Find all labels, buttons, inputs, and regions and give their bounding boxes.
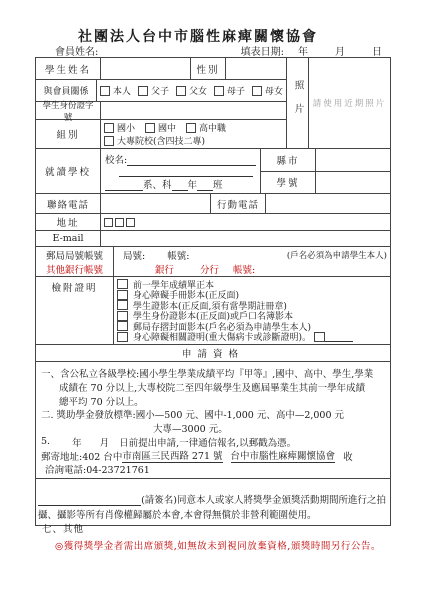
member-name-label: 會員姓名: (55, 43, 98, 58)
deadline-rest: 日前提出申請,一律通信報名,以郵戳為憑。 (119, 435, 296, 449)
zipcode-box[interactable] (126, 218, 135, 227)
postal-bureau-label: 局號: (123, 248, 145, 262)
group-option-label: 大專院校(含四技二專) (117, 134, 205, 147)
email-row: E-mail (36, 231, 390, 247)
attachments-row: 檢附證明 前一學年成績單正本 身心障礙手冊影本(正反面) 學生證影本(正反面,須… (36, 277, 390, 345)
group-checkbox-senior[interactable] (186, 123, 196, 133)
gender-input[interactable] (226, 58, 286, 79)
attachment-extra-input[interactable] (325, 332, 353, 342)
bank-name-label: 銀行 (155, 262, 174, 276)
group-option-label: 國中 (158, 121, 176, 134)
student-name-label: 學生姓名 (36, 58, 101, 79)
fill-date-year-label: 年 (298, 43, 308, 58)
school-name-input-2[interactable] (119, 166, 253, 177)
qualification-line: 成績在 70 分以上,大專校院二至四年級學生及應屆畢業生其前一學年成績 (41, 380, 386, 394)
student-id-label: 學生身份證字號 (36, 102, 101, 119)
deadline-month-label: 月 (100, 435, 110, 449)
mailing-address-org: 台中市腦性麻痺關懷協會 (231, 448, 336, 463)
award-attendance-notice: ◎獲得獎學金者需出席頒獎,如無故未到視同放棄資格,頒獎時間另行公告。 (42, 538, 381, 552)
school-name-input[interactable] (127, 155, 256, 166)
address-row: 地址 (36, 214, 390, 231)
photo-box[interactable]: 請使用近期照片 (309, 58, 390, 148)
group-checkbox-elementary[interactable] (104, 123, 114, 133)
qualification-line: 二. 獎助學金發放標準:國小—500 元、國中-1,000 元、高中—2,000… (41, 407, 386, 421)
school-row: 就讀學校 校名: 系、科 年 班 (36, 149, 390, 194)
qualification-header: 申請資格 (36, 345, 390, 362)
signature-section: (請簽名)同意本人或家人將獎學金頒獎活動期間所進行之拍 攝、攝影等所有肖像權歸屬… (36, 479, 390, 525)
school-detail-cell: 校名: 系、科 年 班 (101, 149, 261, 193)
group-checkbox-college[interactable] (104, 136, 114, 146)
zipcode-box[interactable] (104, 218, 113, 227)
county-input[interactable] (316, 149, 390, 171)
class-label: 班 (213, 177, 223, 191)
group-option-label: 國小 (117, 121, 135, 134)
relation-checkbox-self[interactable] (100, 86, 110, 96)
qualification-line: 總平均 70 分以上。 (41, 394, 386, 408)
form-header: 會員姓名: 填表日期: 年 月 日 (55, 43, 382, 58)
attachments-label: 檢附證明 (36, 277, 114, 344)
postal-account-label: 郵局局號帳號 (46, 248, 103, 262)
fill-date-label: 填表日期: (241, 43, 284, 58)
signature-input[interactable] (38, 494, 141, 506)
student-name-input[interactable] (101, 58, 191, 79)
student-id-row: 學生身份證字號 (36, 102, 286, 120)
phone-input[interactable] (101, 194, 211, 213)
class-input[interactable] (197, 180, 213, 191)
group-row: 組別 國小 國中 高中職 大專院校(含四技二專) (36, 120, 286, 148)
application-form-page: 社團法人台中市腦性麻痺關懷協會 會員姓名: 填表日期: 年 月 日 學生姓名 性… (0, 0, 424, 600)
deadline-line: 5. 年 月 日前提出申請,一律通信報名,以郵戳為憑。 (41, 435, 386, 449)
postal-note: (戶名必須為申請學生本人) (287, 249, 387, 261)
relation-option-label: 母女 (265, 84, 283, 97)
other-header: 七、其他 (42, 521, 381, 535)
relation-checkbox-father-daughter[interactable] (176, 86, 186, 96)
fill-date-month-label: 月 (335, 43, 345, 58)
relation-checkbox-father-son[interactable] (138, 86, 148, 96)
attachment-checkbox-student-id-card[interactable] (117, 300, 128, 310)
relation-option-label: 母子 (227, 84, 245, 97)
mailing-address-suffix: 收 (343, 449, 353, 463)
attachment-checkbox-transcript[interactable] (117, 279, 128, 289)
account-row: 郵局局號帳號 其他銀行帳號 局號: 帳號: (戶名必須為申請學生本人) 銀行 分… (36, 247, 390, 277)
gender-label: 性別 (191, 58, 226, 79)
photo-placeholder-text: 請使用近期照片 (313, 97, 387, 109)
zipcode-box[interactable] (115, 218, 124, 227)
attachment-checkbox-disability-proof[interactable] (117, 332, 128, 342)
other-section: 七、其他 ◎獲得獎學金者需出席頒獎,如無故未到視同放棄資格,頒獎時間另行公告。 (42, 521, 381, 552)
group-checkbox-junior[interactable] (145, 123, 155, 133)
fill-date-day-label: 日 (372, 43, 382, 58)
bank-number-label: 帳號: (233, 262, 255, 276)
signature-note-line2: 攝、攝影等所有肖像權歸屬於本會,本會得無償於非營利範圍使用。 (38, 507, 317, 521)
relation-checkbox-mother-son[interactable] (214, 86, 224, 96)
email-label: E-mail (36, 231, 101, 246)
qualification-line: 一、含公私立各級學校:國小學生學業成績平均『甲等』,國中、高中、學生,學業 (41, 366, 386, 380)
school-right-cell: 縣市 學號 (261, 149, 390, 193)
attachment-checkbox-national-id[interactable] (117, 311, 128, 321)
county-label: 縣市 (261, 149, 316, 171)
mailing-address-prefix: 郵寄地址:402 台中 (41, 449, 122, 463)
school-label: 就讀學校 (36, 149, 101, 193)
student-id-input[interactable] (101, 102, 286, 119)
bank-account-label: 其他銀行帳號 (46, 262, 103, 276)
postal-number-label: 帳號: (167, 248, 189, 262)
application-table: 學生姓名 性別 與會員關係 本人 父子 父女 母子 母女 學 (35, 57, 391, 526)
group-label: 組別 (36, 120, 101, 148)
top-section: 學生姓名 性別 與會員關係 本人 父子 父女 母子 母女 學 (36, 58, 390, 149)
mobile-label: 行動電話 (211, 194, 266, 213)
relation-option-label: 父女 (189, 84, 207, 97)
phone-label: 聯絡電話 (36, 194, 101, 213)
mailing-address-line: 郵寄地址:402 台中 市南區三民西路 271 號 台中市腦性麻痺關懷協會 收 (41, 449, 386, 463)
address-input[interactable] (101, 214, 390, 230)
deadline-number: 5. (41, 436, 50, 447)
attachment-checkbox-passbook[interactable] (117, 321, 128, 331)
address-label: 地址 (36, 214, 101, 230)
phone-row: 聯絡電話 行動電話 (36, 194, 390, 214)
relation-option-label: 父子 (151, 84, 169, 97)
grade-input[interactable] (172, 180, 188, 191)
grade-label: 年 (188, 177, 198, 191)
student-name-row: 學生姓名 性別 (36, 58, 286, 80)
qualification-body: 一、含公私立各級學校:國小學生學業成績平均『甲等』,國中、高中、學生,學業 成績… (36, 362, 390, 479)
attachment-extra-checkbox[interactable] (314, 332, 325, 342)
contact-phone-line: 洽詢電話:04-23721761 (41, 463, 386, 477)
department-label: 系、科 (143, 177, 172, 191)
mailing-address-street: 市南區三民西路 271 號 (122, 448, 222, 463)
qualification-line: 大專—3000 元。 (41, 421, 386, 435)
mobile-input[interactable] (266, 194, 390, 213)
signature-note: (請簽名)同意本人或家人將獎學金頒獎活動期間所進行之拍 (141, 492, 386, 506)
email-input[interactable] (101, 231, 390, 246)
attachment-checkbox-disability-handbook[interactable] (117, 290, 128, 300)
relation-checkbox-mother-daughter[interactable] (252, 86, 262, 96)
group-option-label: 高中職 (199, 121, 226, 134)
bank-branch-label: 分行 (200, 262, 219, 276)
deadline-year-label: 年 (72, 435, 82, 449)
department-input[interactable] (105, 180, 143, 191)
photo-column-label: 照片 (287, 58, 309, 148)
student-no-input[interactable] (316, 172, 390, 194)
attachment-label: 身心障礙相關證明(重大傷病卡或診斷證明)。 (133, 330, 311, 343)
school-name-label: 校名: (105, 152, 127, 166)
student-no-label: 學號 (261, 172, 316, 194)
relation-option-label: 本人 (113, 84, 131, 97)
